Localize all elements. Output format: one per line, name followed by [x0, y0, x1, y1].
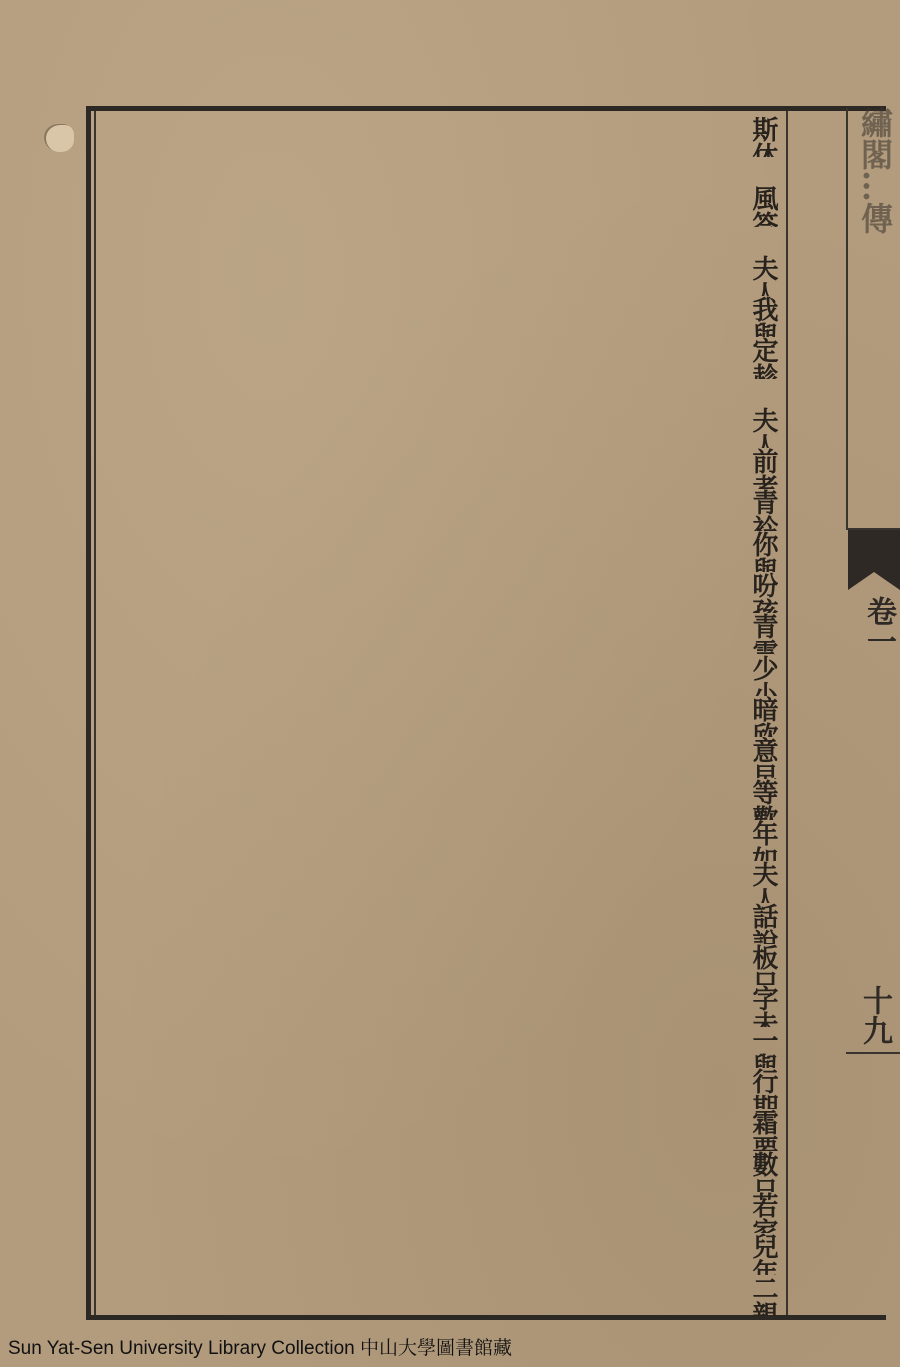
text-column-4: 我與姜家令姊夫深交契合未爲疎後來兩下稱僚婿友愛親情倍覺多若去求婚賢淑女老襟丈定然… — [98, 296, 778, 337]
text-column-20: 字未婚恐其見我捨此求他未免心中不悅謝公聽了此言一笑點頭不語遂去修書二封一與妻舅莫… — [98, 985, 778, 1026]
page-number: 十九 — [852, 985, 896, 1045]
text-column-3: 夫人所說這段婚姻却是極妙的了還有甚說得但既存此意何不早言真感也見外了 — [98, 227, 778, 296]
text-column-13: 暗欣然嗟吾十七年差長未結鸞鳳聘淑娟一向傳聞姜氏妹才容雙絕美如仙果能使得聯佳偶也教… — [98, 696, 778, 737]
text-column-11: 青雲連捷上那時節鳳凰池上締良緣夫人說看添高興謝撫院笑語微微見識偏看得事情容易甚擾… — [98, 613, 778, 654]
text-column-17: 夫人莫氏用心田匆匆數日諸般畢擇定了吉日登程不暫延 — [98, 861, 778, 902]
text-column-19: 板只恐不善致詞反被伊家推託不如直懇本人求聘其女到有個情不可却再者吾兒閒現有兩個姪… — [98, 944, 778, 985]
text-column-2: 風答一聲 — [98, 157, 778, 226]
text-column-7: 前者吾鄉族內兄有書相寄到衙中告稱今歲當逢考試之期在仲冬我想春容年已長看他那近來文… — [98, 448, 778, 489]
text-column-18: 話說數日之間行裝完備謝公使與夫人商議求親一事還是斟酌說令兒作伐還是直將其意書達襟… — [98, 903, 778, 944]
text-column-10: 吩孩兒赴試理當然從來說許取功名趁少年謝氏尊親傳奕世不比那寒門白屋費多艱孩兒須得文… — [98, 572, 778, 613]
main-text-body: 斯休笑諺違姻亦要重私親如此事恁般因告上君家自定評果若大家俱各愿修信札求婚趁早便差… — [98, 116, 778, 1316]
text-column-23: 霜要小心書史文章休廢置自圖上進幹功名莫違遠青衿一領非希罕也知罕相俱由此進身裕後光… — [98, 1109, 778, 1150]
text-column-24: 數日聊將息即去親身上祖墳查核田園諸賬目勿爲尊小各侵吞代吾致意諸親友事畢之時到武陵… — [98, 1151, 778, 1192]
text-column-15: 等歡奴亦人間年少女看得這榮華富貴淡於烟偏能遂我平生志除世欲一世空閨到萬全惟恐尊親… — [98, 779, 778, 820]
text-column-22: 行期擇定不遑延是日華堂設玉卮餞別多才行路客合家團坐叙離思呼愛子囑從兒父母齊齊出訓… — [98, 1068, 778, 1109]
text-column-9: 你與兒打點莫從容衣衫行李須端正擇良辰就道無非此月中莫氏夫人聞此語倍加喜悅展眉峰歡… — [98, 531, 778, 572]
library-collection-caption: Sun Yat-Sen University Library Collectio… — [8, 1333, 512, 1363]
text-column-16: 年如若徵佳客那時節室女難於自主專謝絕只閑心不樂玉容慘淡鎖眉尖不云各有私衷曲题到潭… — [98, 820, 778, 861]
text-column-21: 一與連襟姜府即將求婚之意懇切言之封成封固便教與公子收好當時莫夫人亦另有書信致侯兄… — [98, 1027, 778, 1068]
page-border-inner-line — [94, 111, 96, 1315]
text-column-12: 少小爲丞相梁灝期頤中狀元假使有才皆得第這個山林草野少遺賢不言夫婿閑班駁却說多才美… — [98, 655, 778, 696]
volume-label: 卷一 — [856, 596, 900, 686]
text-column-14: 意早不覺春風罩滿玉腮邊寀才小姐從旁見笑微微不甚芳心暗忖言好笑哥哥人一個婚姻之事恁… — [98, 737, 778, 778]
page-number-divider — [846, 1052, 900, 1054]
text-column-26: 兒年漸長尚無快婿中金屏自來浙地才人廣汝可殷勤用片心若遇風流名國士即行奇信父知聞詞… — [98, 1233, 778, 1274]
text-column-25: 若家他姜衙允許婚姻事汝須索作字前來告二親以免寸心時掛念好爲擇吉結良姻要知汝乃單傳… — [98, 1192, 778, 1233]
book-title-partial: 繡閣…傳 — [798, 106, 898, 326]
text-column-8: 青衿入泮宮這一來順便正堪求淑女還兼叉上墳祭祖盡微衷一舉三得誠佳妙定主意即遣孩兒返… — [98, 489, 778, 530]
text-column-6: 夫人說得不差且喜適逢的便可見該是姻緣方遇如此巧合此事大有幾分成局也 — [98, 379, 778, 448]
text-column-1: 斯休笑諺違姻亦要重私親如此事恁般因告上君家自定評果若大家俱各愿修信札求婚趁早便差… — [98, 116, 778, 157]
paper-hole-damage — [44, 124, 74, 152]
text-column-27: 二親加保重勿因不肖挂牽深孩兒此去家鄉地自有那尺素勤修託錦鱗以慰庭幃多遠念臨行嚴訓… — [98, 1275, 778, 1316]
text-column-5: 定趁早圖成連理柯莫使姣娃婚別姓那時節空教追悔亦無何謝公聽了夫人語點首含歡啓口呼 — [98, 337, 778, 378]
